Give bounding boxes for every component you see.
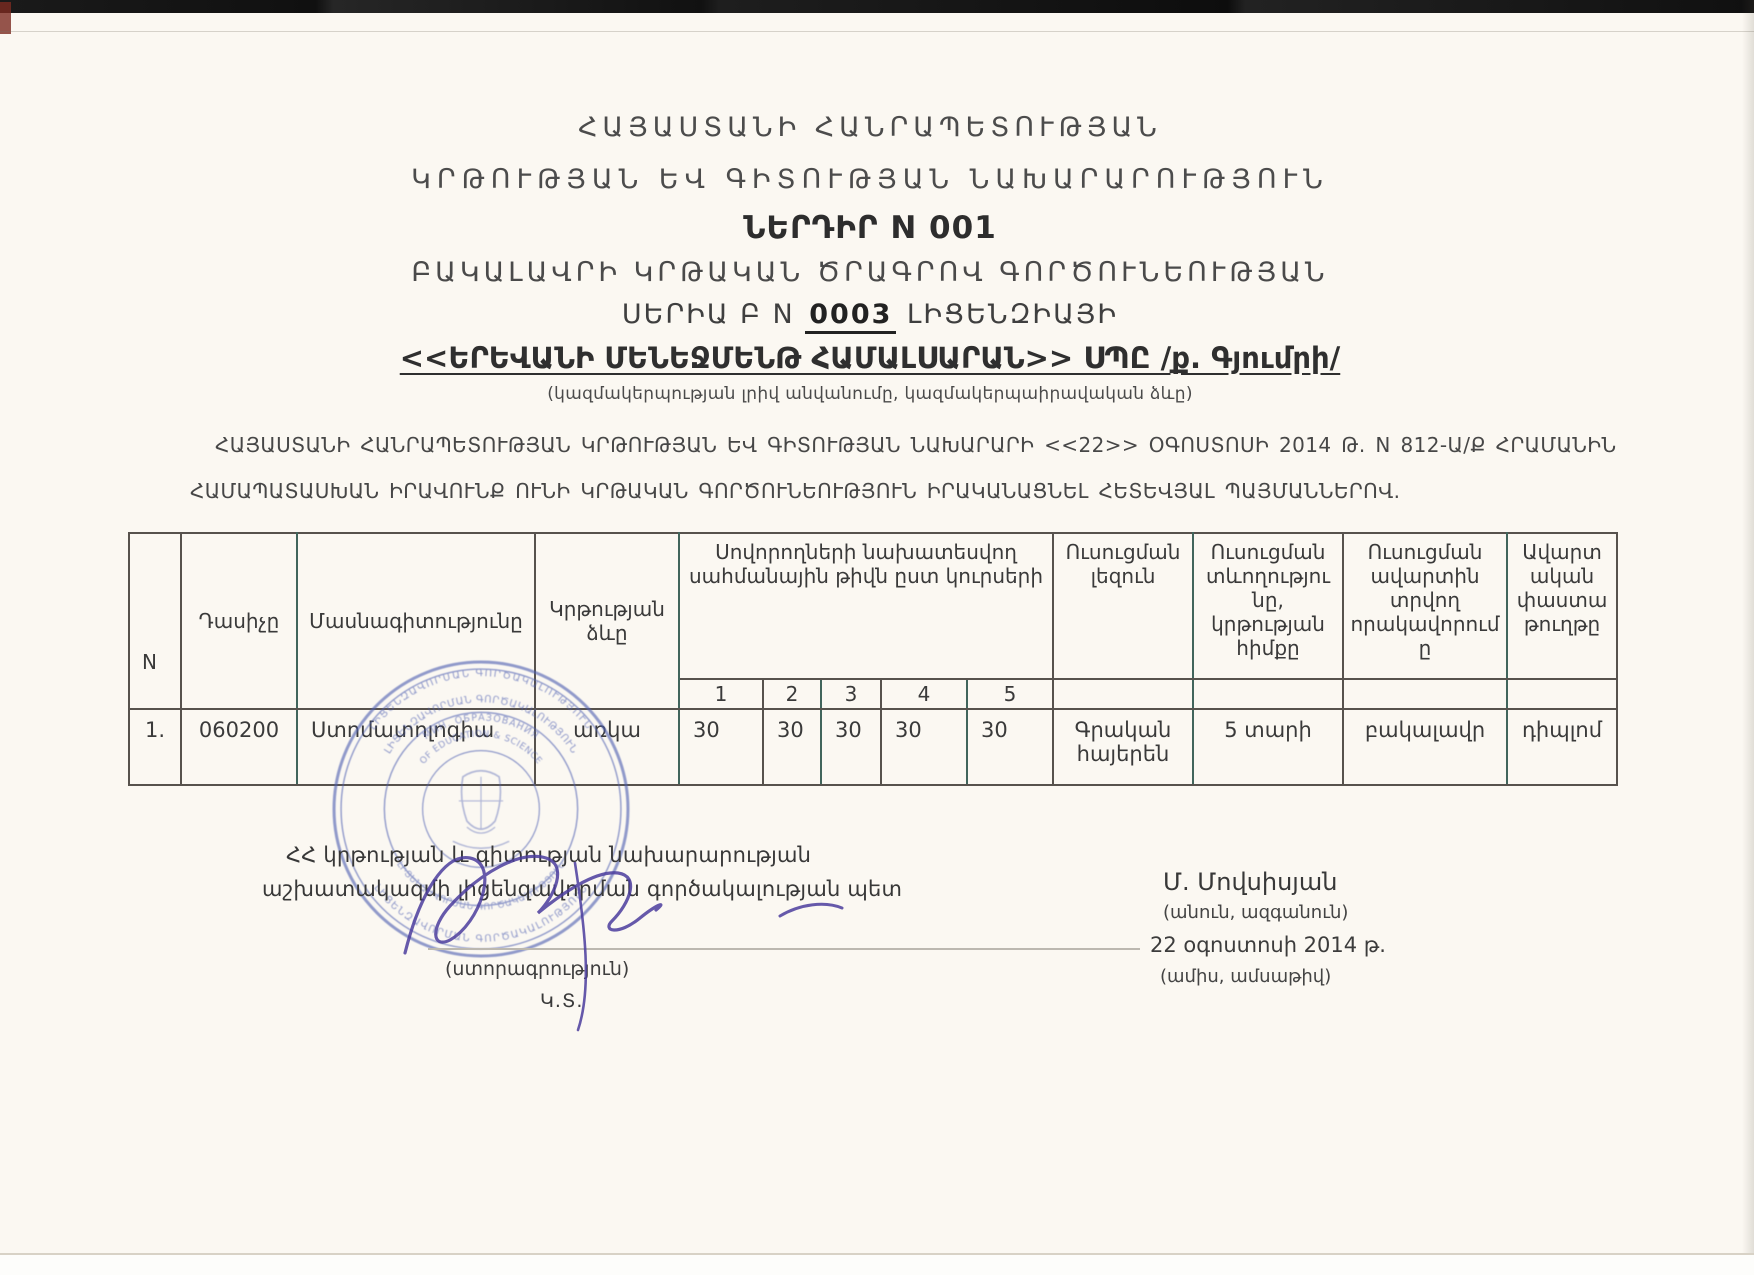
row-course-2: 30 <box>763 709 821 785</box>
order-paragraph-line2: ՀԱՄԱՊԱՏԱՍԽԱՆ ԻՐԱՎՈՒՆՔ ՈՒՆԻ ԿՐԹԱԿԱՆ ԳՈՐԾՈ… <box>190 479 1610 503</box>
svg-text:ԼԻՑԵՆԶԱՎՈՐՄԱՆ ԳՈՐԾԱԿԱԼՈՒԹՅՈՒՆ: ԼԻՑԵՆԶԱՎՈՐՄԱՆ ԳՈՐԾԱԿԱԼՈՒԹՅՈՒՆ <box>383 694 580 756</box>
col-header-language: Ուսուցման լեզուն <box>1053 533 1193 679</box>
empty-subcell-duration <box>1193 679 1343 709</box>
row-course-3: 30 <box>821 709 881 785</box>
row-number: 1. <box>129 709 181 785</box>
course-2-header: 2 <box>763 679 821 709</box>
signer-name: Մ. Մովսիսյան <box>1163 868 1337 896</box>
row-language: Գրական հայերեն <box>1053 709 1193 785</box>
scan-top-edge <box>0 0 1754 13</box>
stamp-armenian-arc-text: ԼԻՑԵՆԶԱՎՈՐՄԱՆ ԳՈՐԾԱԿԱԼՈՒԹՅՈՒՆ <box>383 694 580 756</box>
col-header-duration: Ուսուցման տևողությունը, կրթության հիմքը <box>1193 533 1343 679</box>
row-code: 060200 <box>181 709 297 785</box>
document-header: ՀԱՅԱՍՏԱՆԻ ՀԱՆՐԱՊԵՏՈՒԹՅԱՆ ԿՐԹՈՒԹՅԱՆ ԵՎ ԳԻ… <box>0 112 1740 404</box>
series-suffix: ԼԻՑԵՆԶԻԱՅԻ <box>907 299 1118 330</box>
row-course-5: 30 <box>967 709 1053 785</box>
series-number: 0003 <box>805 299 896 334</box>
header-ministry: ԿՐԹՈՒԹՅԱՆ ԵՎ ԳԻՏՈՒԹՅԱՆ ՆԱԽԱՐԱՐՈՒԹՅՈՒՆ <box>0 164 1740 195</box>
license-series-line: ՍԵՐԻԱ Բ N 0003 ԼԻՑԵՆԶԻԱՅԻ <box>0 299 1740 330</box>
empty-subcell-qualification <box>1343 679 1507 709</box>
empty-subcell-language <box>1053 679 1193 709</box>
col-header-final-document: Ավարտական փաստաթուղթը <box>1507 533 1617 679</box>
col-header-n: N <box>129 533 181 709</box>
signer-name-note: (անուն, ազգանուն) <box>1163 902 1348 923</box>
signing-date: 22 օգոստոսի 2014 թ. <box>1150 933 1386 957</box>
col-header-student-limits-group: Սովորողների նախատեսվող սահմանային թիվն ը… <box>679 533 1053 679</box>
row-duration: 5 տարի <box>1193 709 1343 785</box>
organization-name: <<ԵՐԵՎԱՆԻ ՄԵՆԵՋՄԵՆԹ ՀԱՄԱԼՍԱՐԱՆ>> ՍՊԸ /ք.… <box>0 341 1740 375</box>
row-qualification: բակալավր <box>1343 709 1507 785</box>
course-5-header: 5 <box>967 679 1053 709</box>
row-course-4: 30 <box>881 709 967 785</box>
empty-subcell-document <box>1507 679 1617 709</box>
organization-note: (կազմակերպության լրիվ անվանումը, կազմակե… <box>0 384 1740 404</box>
scan-right-edge-shadow <box>1742 0 1754 1275</box>
scan-corner-red-mark <box>0 2 11 34</box>
scan-paper-fold-line <box>0 31 1754 32</box>
course-3-header: 3 <box>821 679 881 709</box>
signing-date-note: (ամիս, ամսաթիվ) <box>1160 966 1331 987</box>
course-1-header: 1 <box>679 679 763 709</box>
row-final-document: դիպլոմ <box>1507 709 1617 785</box>
row-course-1: 30 <box>679 709 763 785</box>
series-prefix: ՍԵՐԻԱ Բ N <box>622 299 795 330</box>
order-paragraph-line1: ՀԱՅԱՍՏԱՆԻ ՀԱՆՐԱՊԵՏՈՒԹՅԱՆ ԿՐԹՈՒԹՅԱՆ ԵՎ ԳԻ… <box>215 433 1635 457</box>
document-title: ՆԵՐԴԻՐ N 001 <box>0 210 1740 246</box>
col-header-qualification: Ուսուցման ավարտին տրվող որակավորումը <box>1343 533 1507 679</box>
handwritten-signature <box>350 818 1170 1058</box>
scan-below-paper-area <box>0 1255 1754 1275</box>
course-4-header: 4 <box>881 679 967 709</box>
col-header-code: Դասիչը <box>181 533 297 709</box>
scanned-license-insert-page: ՀԱՅԱՍՏԱՆԻ ՀԱՆՐԱՊԵՏՈՒԹՅԱՆ ԿՐԹՈՒԹՅԱՆ ԵՎ ԳԻ… <box>0 0 1754 1275</box>
header-country: ՀԱՅԱՍՏԱՆԻ ՀԱՆՐԱՊԵՏՈՒԹՅԱՆ <box>0 112 1740 143</box>
document-subtitle: ԲԱԿԱԼԱՎՐԻ ԿՐԹԱԿԱՆ ԾՐԱԳՐՈՎ ԳՈՐԾՈՒՆԵՈՒԹՅԱՆ <box>0 257 1740 288</box>
